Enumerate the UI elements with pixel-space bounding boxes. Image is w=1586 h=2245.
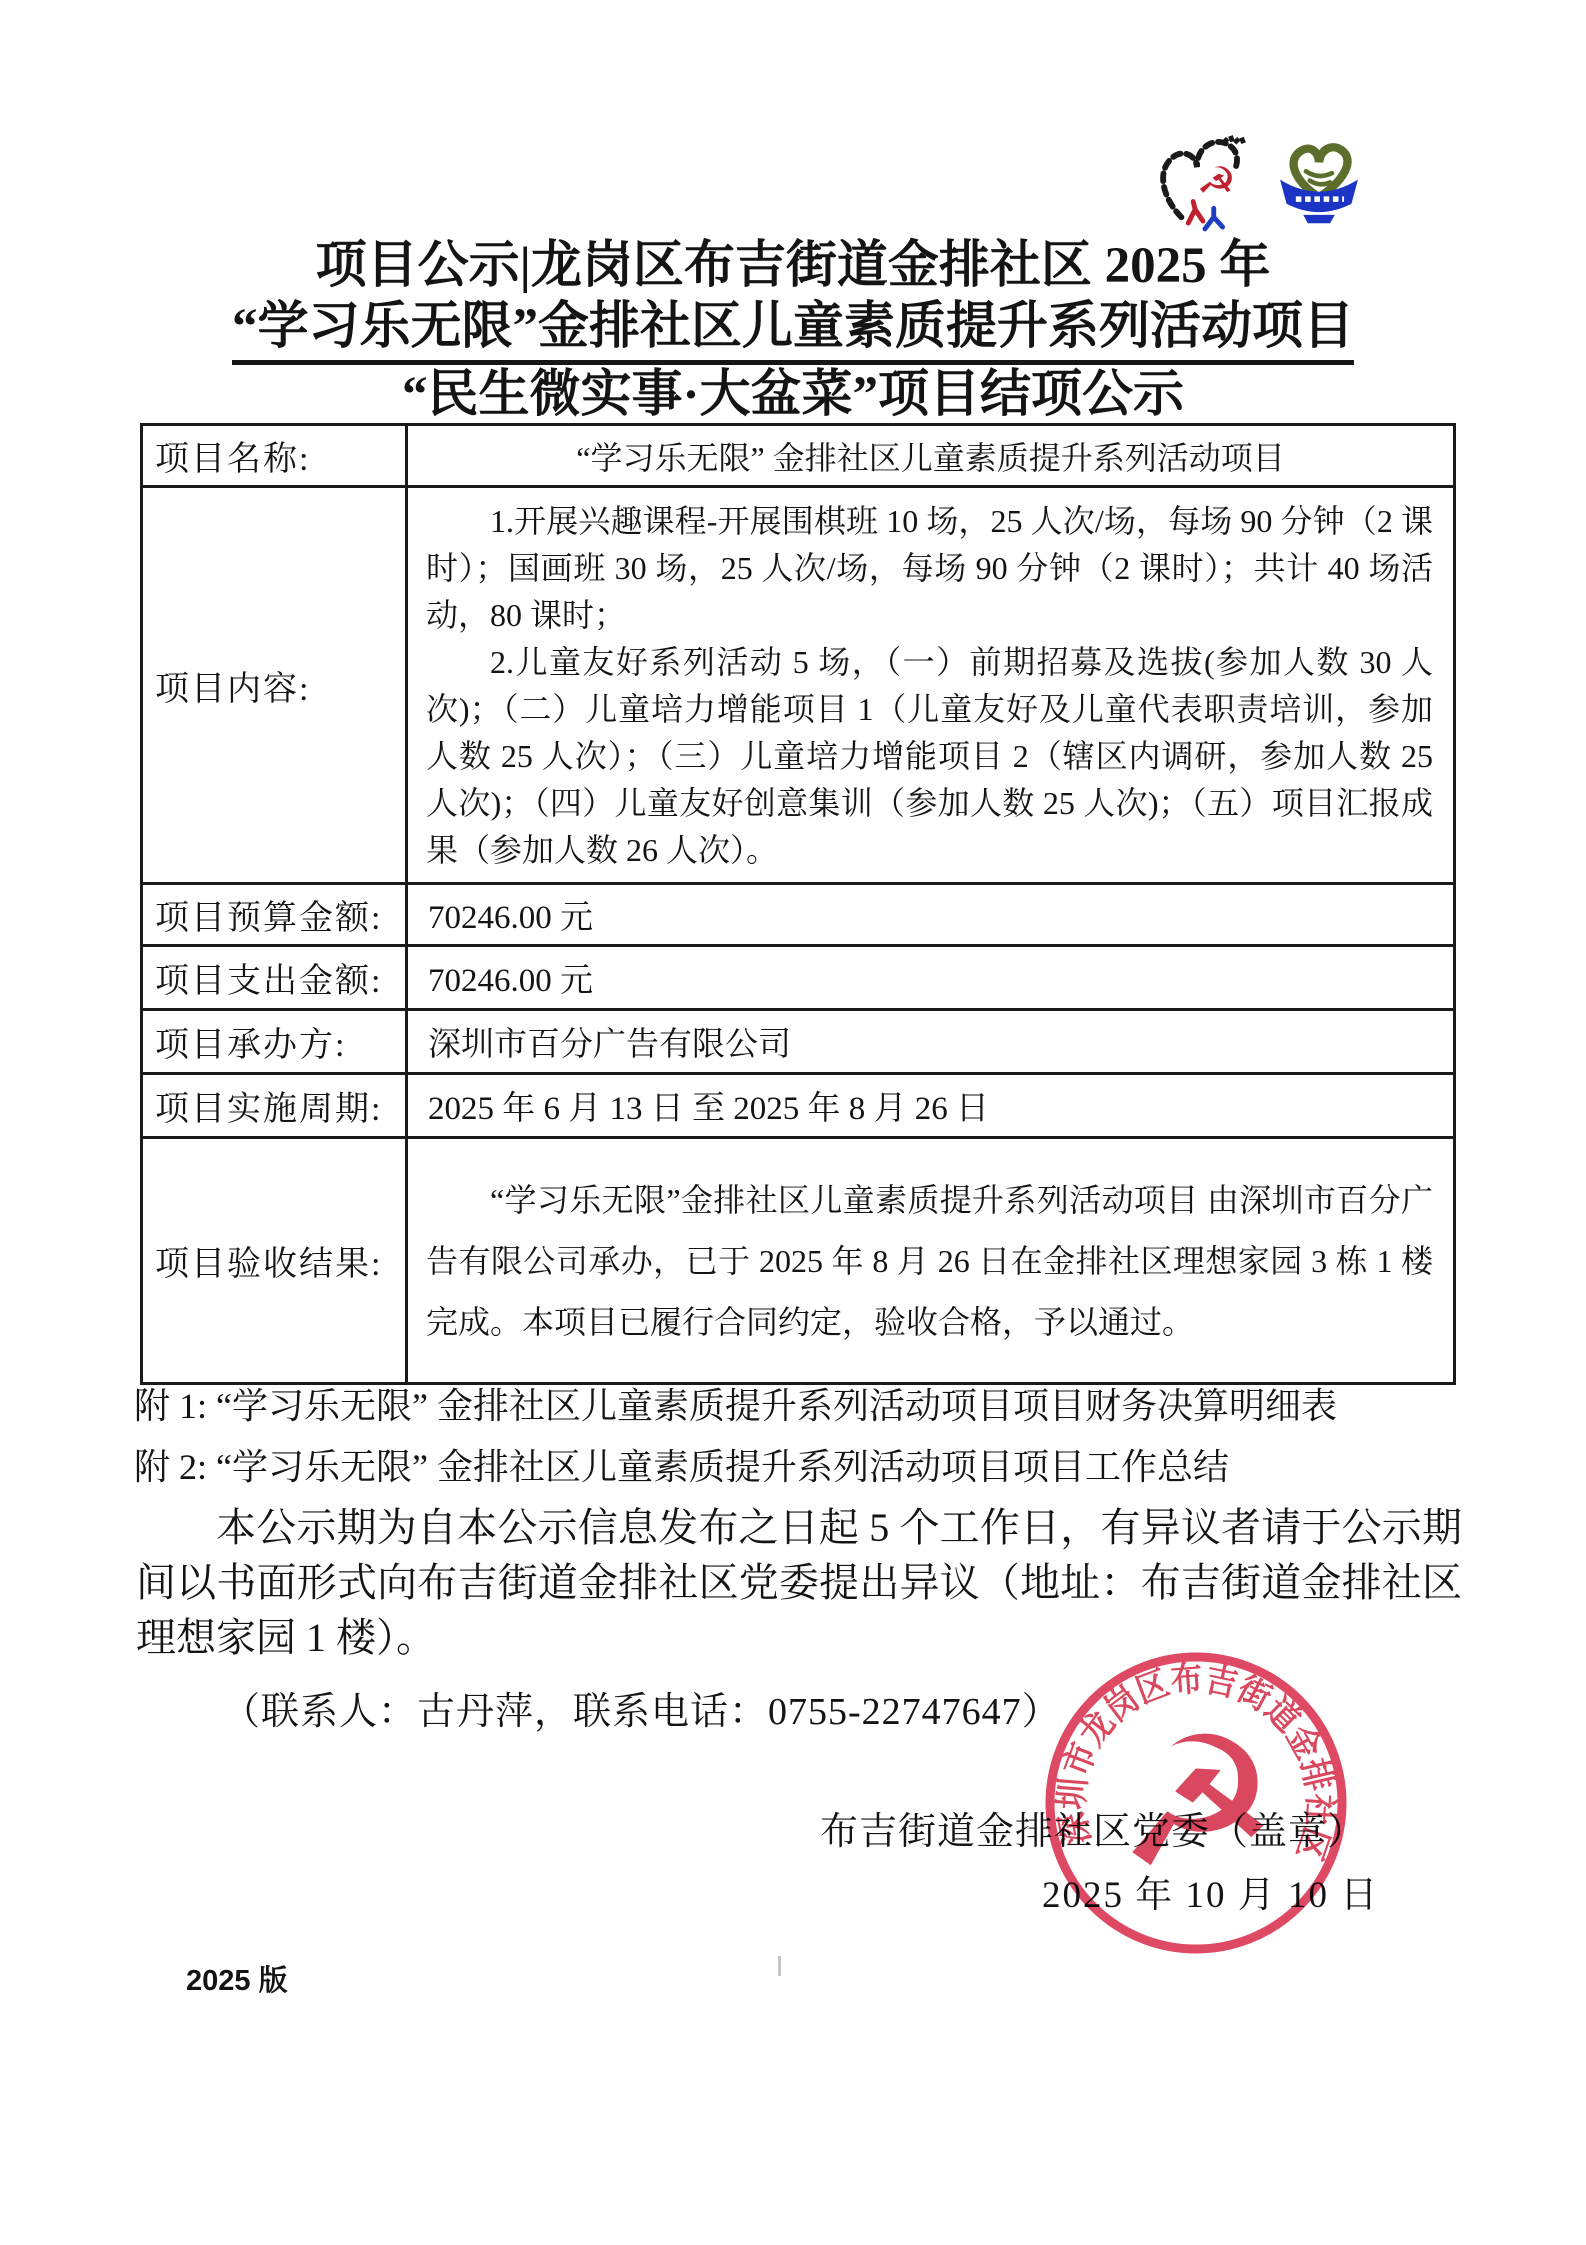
announcement-document-page: ☭ 项目公示|龙岗区布吉街道金排社区 2025 年 “学习乐无限”金排社区儿童素… [0,0,1586,2245]
bowl-base [1303,215,1335,223]
attachments-list: 附 1: “学习乐无限” 金排社区儿童素质提升系列活动项目项目财务决算明细表 附… [134,1376,1470,1498]
row-value: 深圳市百分广告有限公司 [407,1010,1455,1074]
document-title: 项目公示|龙岗区布吉街道金排社区 2025 年 “学习乐无限”金排社区儿童素质提… [70,236,1516,426]
attachment-1: 附 1: “学习乐无限” 金排社区儿童素质提升系列活动项目项目财务决算明细表 [134,1376,1470,1437]
title-line-2: “学习乐无限”金排社区儿童素质提升系列活动项目 [70,297,1516,365]
red-figure-icon [1188,202,1203,224]
title-line-1: 项目公示|龙岗区布吉街道金排社区 2025 年 [70,236,1516,297]
row-value: 2025 年 6 月 13 日 至 2025 年 8 月 26 日 [407,1074,1455,1138]
table-row-project-content: 项目内容: 1.开展兴趣课程-开展围棋班 10 场，25 人次/场，每场 90 … [142,487,1455,884]
row-value: “学习乐无限”金排社区儿童素质提升系列活动项目 由深圳市百分广告有限公司承办，已… [407,1138,1455,1384]
blue-figure-icon [1205,208,1223,229]
row-label: 项目实施周期: [142,1074,407,1138]
content-paragraph-1: 1.开展兴趣课程-开展围棋班 10 场，25 人次/场，每场 90 分钟（2 课… [426,498,1433,639]
table-row-expense: 项目支出金额: 70246.00 元 [142,946,1455,1010]
stamp-hammer-sickle-icon: ☭ [1117,1699,1278,1908]
contact-line: （联系人：古丹萍，联系电话：0755-22747647） [222,1680,1061,1735]
form-version-label: 2025 版 [186,1958,288,1999]
row-value: 70246.00 元 [407,946,1455,1010]
official-red-stamp: 深圳市龙岗区布吉街道金排社区委员会 ☭ [1026,1633,1366,1973]
party-heart-logo-icon: ☭ [1152,122,1250,234]
row-label: 项目支出金额: [142,946,407,1010]
scan-artifact-mark [778,1956,781,1976]
row-value: “学习乐无限” 金排社区儿童素质提升系列活动项目 [407,425,1455,487]
table-row-project-name: 项目名称: “学习乐无限” 金排社区儿童素质提升系列活动项目 [142,425,1455,487]
row-value: 1.开展兴趣课程-开展围棋班 10 场，25 人次/场，每场 90 分钟（2 课… [407,487,1455,884]
project-info-table: 项目名称: “学习乐无限” 金排社区儿童素质提升系列活动项目 项目内容: 1.开… [140,423,1456,1385]
acceptance-paragraph: “学习乐无限”金排社区儿童素质提升系列活动项目 由深圳市百分广告有限公司承办，已… [426,1170,1433,1353]
row-label: 项目预算金额: [142,884,407,946]
table-row-contractor: 项目承办方: 深圳市百分广告有限公司 [142,1010,1455,1074]
table-row-acceptance: 项目验收结果: “学习乐无限”金排社区儿童素质提升系列活动项目 由深圳市百分广告… [142,1138,1455,1384]
row-label: 项目名称: [142,425,407,487]
table-row-period: 项目实施周期: 2025 年 6 月 13 日 至 2025 年 8 月 26 … [142,1074,1455,1138]
title-line-2-underlined: “学习乐无限”金排社区儿童素质提升系列活动项目 [232,297,1354,365]
content-paragraph-2: 2.儿童友好系列活动 5 场，（一）前期招募及选拔(参加人数 30 人次)；（二… [426,639,1433,874]
row-label: 项目验收结果: [142,1138,407,1384]
table-row-budget: 项目预算金额: 70246.00 元 [142,884,1455,946]
header-logos: ☭ [1152,122,1370,234]
dapencai-bowl-logo-icon [1268,122,1370,228]
attachment-2: 附 2: “学习乐无限” 金排社区儿童素质提升系列活动项目项目工作总结 [134,1437,1470,1498]
hammer-sickle-small-icon: ☭ [1194,154,1241,210]
row-value: 70246.00 元 [407,884,1455,946]
row-label: 项目内容: [142,487,407,884]
title-line-3: “民生微实事·大盆菜”项目结项公示 [70,365,1516,426]
row-label: 项目承办方: [142,1010,407,1074]
